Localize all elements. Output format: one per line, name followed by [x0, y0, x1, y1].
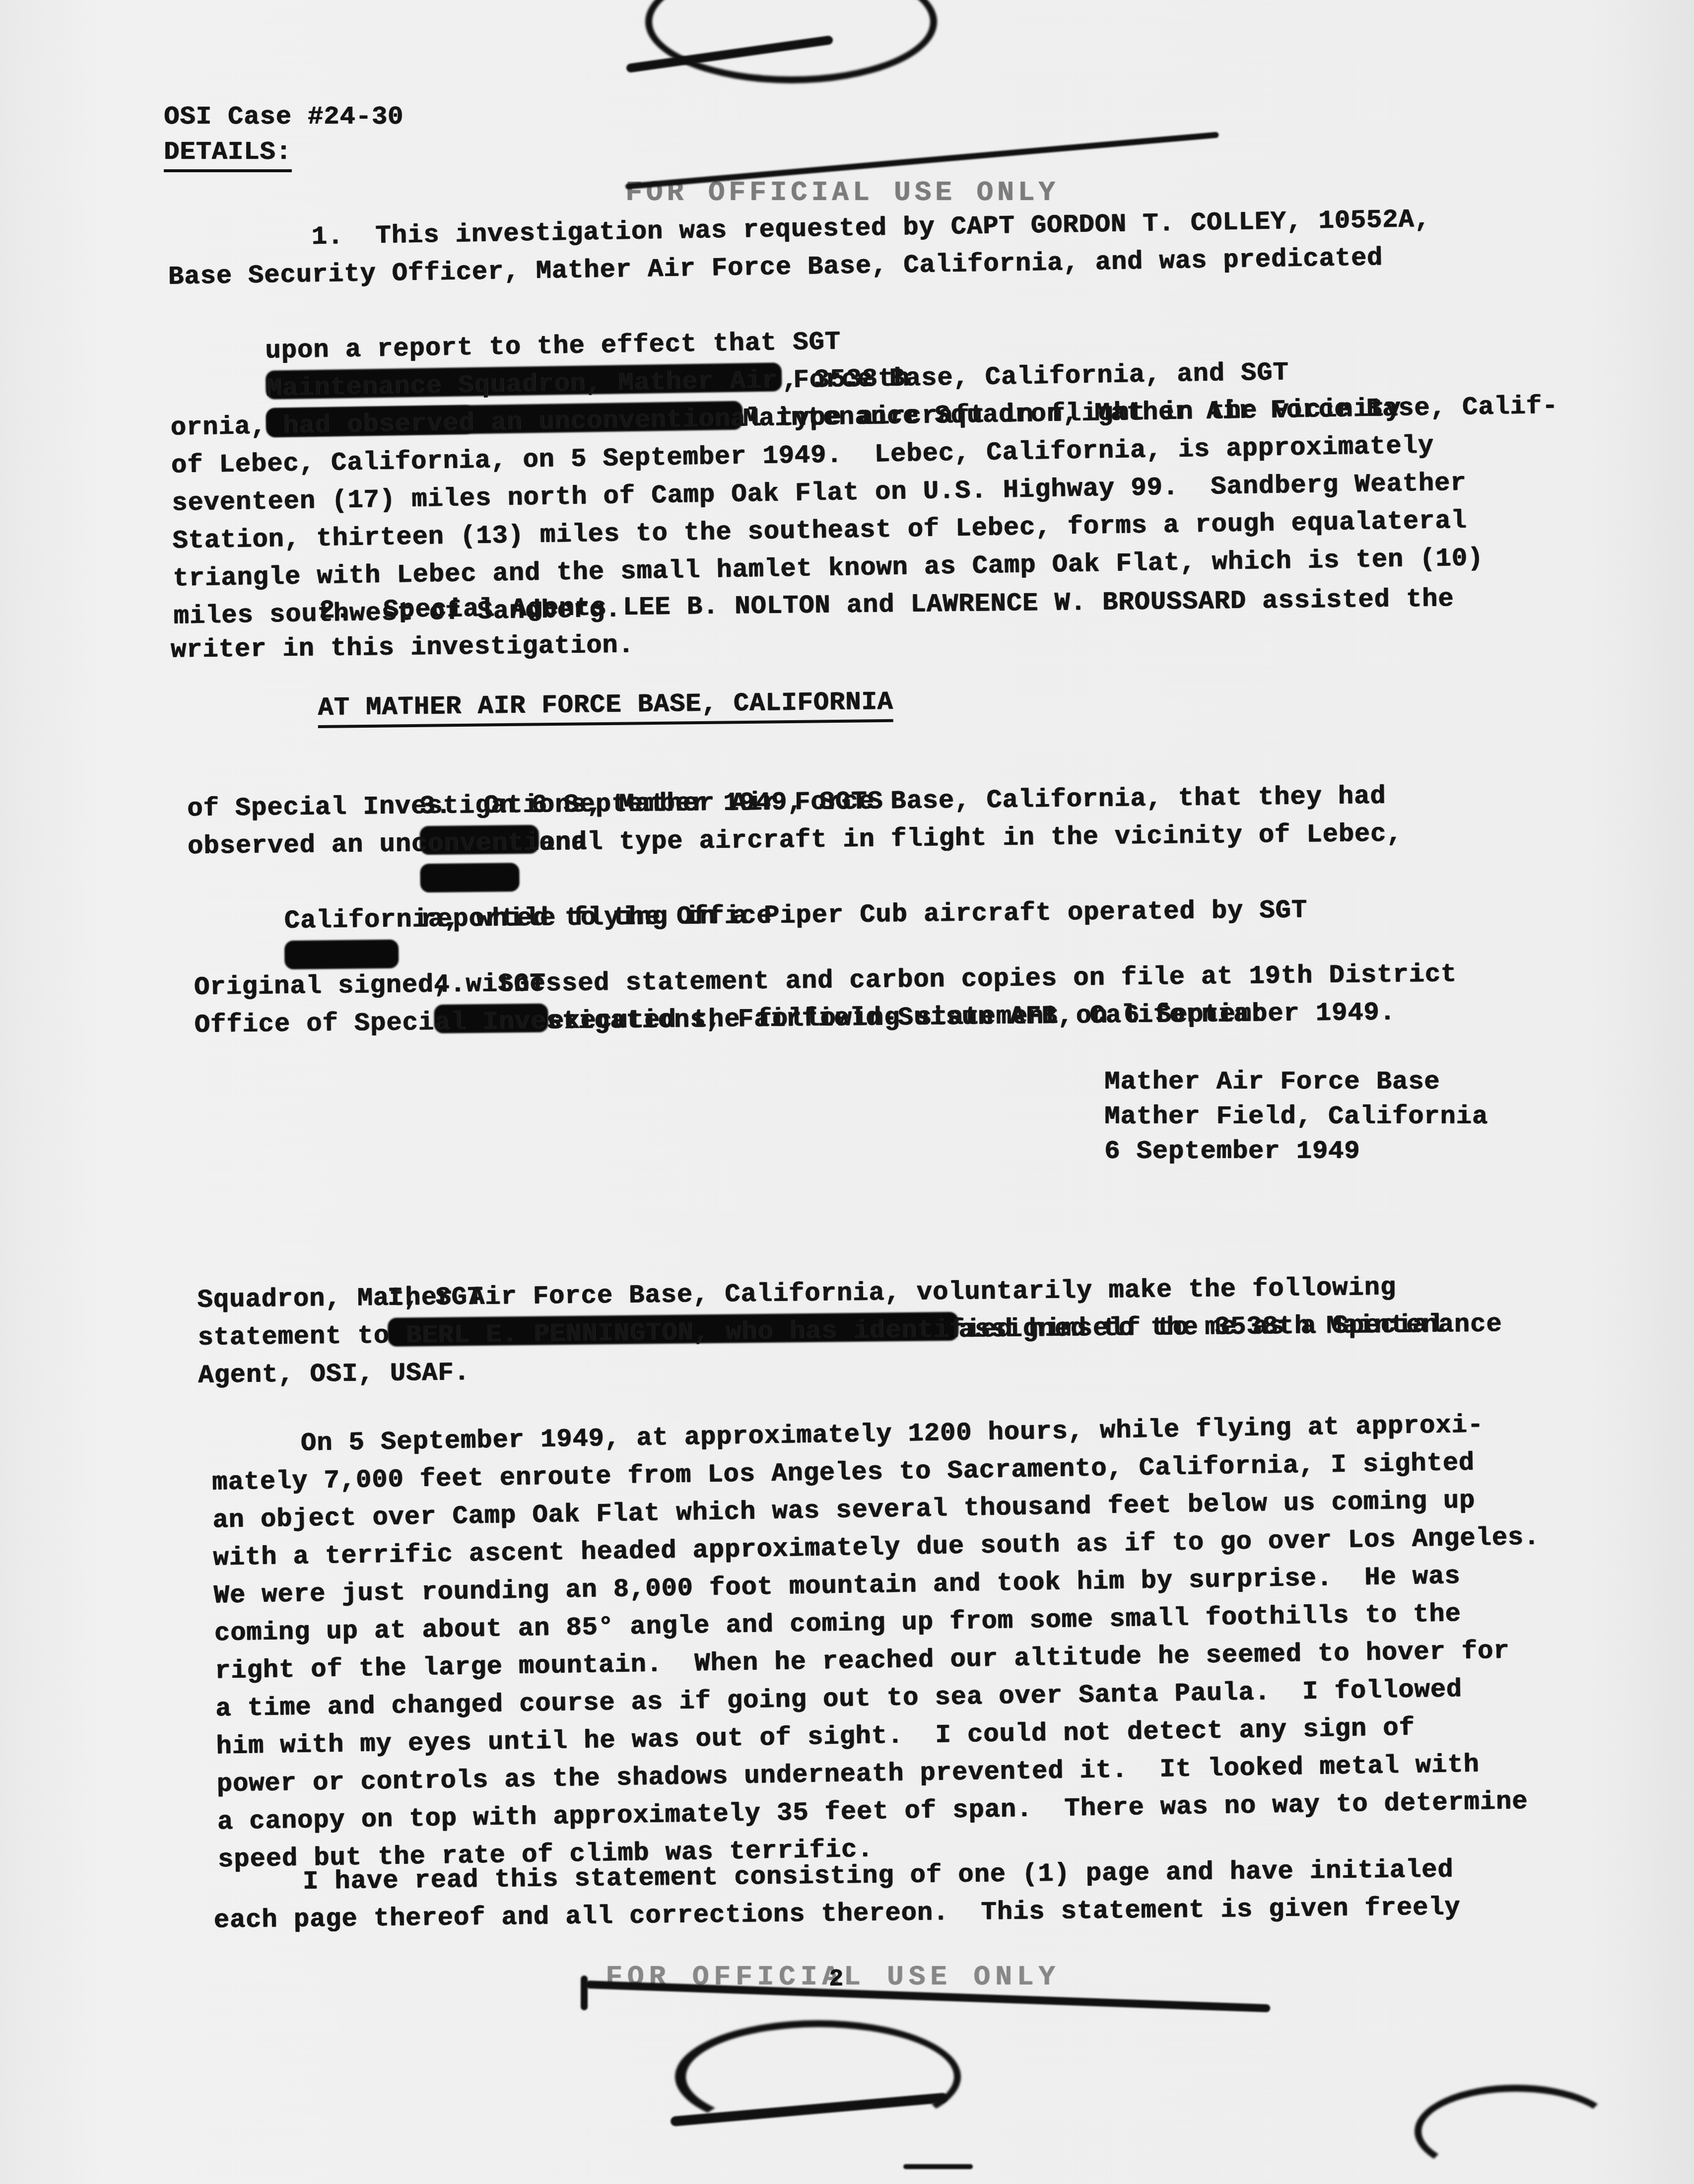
p2-line-2: writer in this investigation. — [170, 627, 634, 670]
address-line-1: Mather Air Force Base — [1104, 1065, 1440, 1099]
bottom-dash — [903, 2164, 973, 2169]
intro-line-4: Agent, OSI, USAF. — [198, 1354, 470, 1395]
corner-mark — [1415, 2085, 1617, 2178]
section-heading: AT MATHER AIR FORCE BASE, CALIFORNIA — [318, 686, 893, 728]
case-number: OSI Case #24-30 — [164, 98, 404, 136]
address-line-3: 6 September 1949 — [1104, 1134, 1360, 1169]
document-page: OSI Case #24-30 DETAILS: FOR OFFICIAL US… — [0, 0, 1694, 2184]
details-label: DETAILS: — [164, 136, 292, 172]
address-line-2: Mather Field, California — [1104, 1099, 1488, 1134]
bottom-stamp-hook — [581, 1976, 588, 2010]
